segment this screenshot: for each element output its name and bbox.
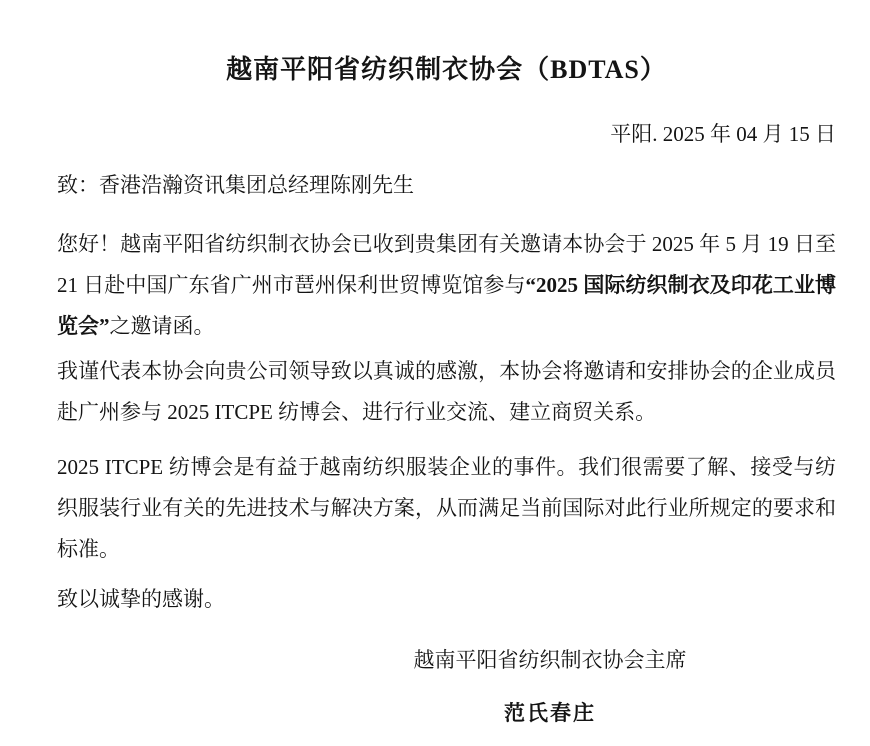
closing-line: 致以诚挚的感谢。 bbox=[57, 579, 836, 620]
letter-document: 越南平阳省纺织制衣协会（BDTAS） 平阳. 2025 年 04 月 15 日 … bbox=[0, 0, 870, 746]
paragraph-invitation-post: 之邀请函。 bbox=[110, 314, 215, 338]
paragraph-benefit: 2025 ITCPE 纺博会是有益于越南纺织服装企业的事件。我们很需要了解、接受… bbox=[57, 447, 836, 570]
signature-block: 越南平阳省纺织制衣协会主席 范氏春庄 bbox=[369, 640, 731, 734]
date-line: 平阳. 2025 年 04 月 15 日 bbox=[57, 114, 836, 155]
recipient-line: 致：香港浩瀚资讯集团总经理陈刚先生 bbox=[57, 165, 836, 206]
signature-title: 越南平阳省纺织制衣协会主席 bbox=[369, 640, 731, 681]
paragraph-gratitude: 我谨代表本协会向贵公司领导致以真诚的感激，本协会将邀请和安排协会的企业成员赴广州… bbox=[57, 351, 836, 433]
page-title: 越南平阳省纺织制衣协会（BDTAS） bbox=[57, 52, 836, 88]
paragraph-invitation: 您好！越南平阳省纺织制衣协会已收到贵集团有关邀请本协会于 2025 年 5 月 … bbox=[57, 224, 836, 347]
signature-name: 范氏春庄 bbox=[369, 693, 731, 734]
